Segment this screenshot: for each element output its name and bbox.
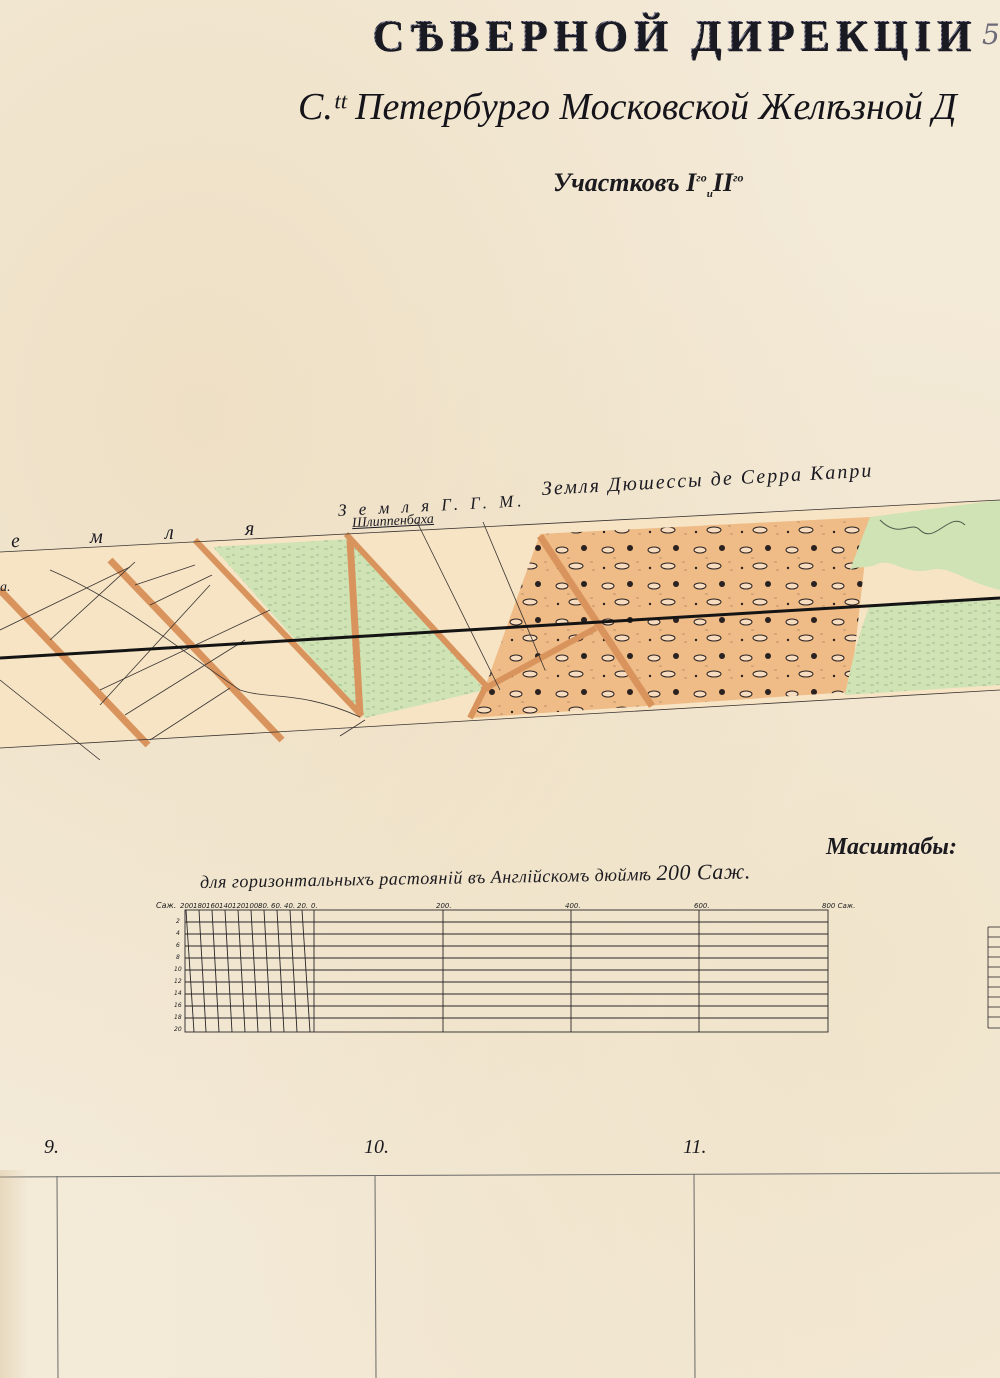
section-second: II: [713, 168, 733, 197]
scale-row-label: 2: [176, 918, 180, 925]
scale-row-label: 16: [174, 1002, 182, 1009]
label-letter-e: е: [10, 530, 21, 554]
scale-row-label: 18: [174, 1014, 182, 1021]
scale-row-label: 6: [176, 942, 180, 949]
scale-bar-grid: [150, 900, 850, 1040]
sheet-number-11: 11.: [683, 1136, 707, 1159]
scale-row-label: 12: [174, 978, 182, 985]
sheet-number-10: 10.: [364, 1136, 389, 1159]
meadow-area-right: [845, 600, 1000, 695]
label-letter-m: м: [90, 526, 103, 549]
section-second-sup: го: [733, 170, 743, 184]
label-fragment-left: а.: [0, 580, 11, 596]
vertical-scale-partial: [985, 925, 1000, 1030]
scale-caption: для горизонтальныхъ растояній въ Англійс…: [200, 858, 751, 894]
sections-prefix: Участковъ: [553, 168, 686, 197]
scale-row-label: 8: [176, 954, 180, 961]
label-letter-l: л: [165, 522, 174, 545]
map-title-subtitle: С.ᵗᵗ Петербурго Московской Желѣзной Д: [298, 85, 957, 129]
paper-edge-stain: [0, 1170, 28, 1378]
scale-row-label: 14: [174, 990, 182, 997]
sheet-index-grid: [0, 1170, 1000, 1378]
scale-heading: Масштабы:: [826, 834, 957, 861]
section-first: I: [686, 168, 696, 197]
sheet-number-9: 9.: [44, 1136, 59, 1159]
scale-caption-text: для горизонтальныхъ растояній въ Англійс…: [200, 864, 657, 892]
page-number: 5: [982, 18, 1000, 51]
label-letter-ya: я: [245, 518, 254, 541]
scale-caption-value: 200 Саж.: [656, 858, 751, 885]
map-title-main: СѢВЕРНОЙ ДИРЕКЦІИ: [372, 10, 977, 61]
section-first-sup: го: [696, 170, 706, 184]
map-title-sections: Участковъ IгоиIIго: [553, 168, 744, 200]
scale-row-label: 4: [176, 930, 180, 937]
scale-row-label: 20: [174, 1026, 182, 1033]
scale-row-label: 10: [174, 966, 182, 973]
